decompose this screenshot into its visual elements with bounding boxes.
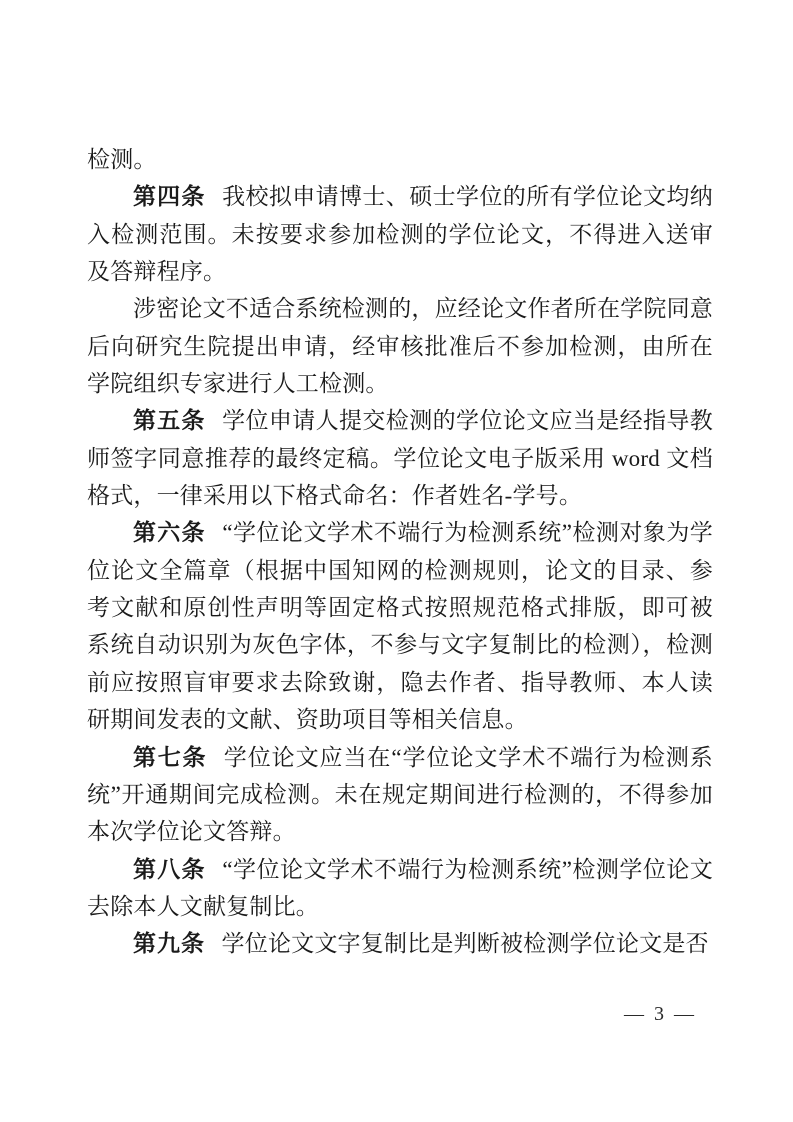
paragraph-text: 检测。 <box>87 147 157 172</box>
paragraph-text: “学位论文学术不端行为检测系统”检测对象为学位论文全篇章（根据中国知网的检测规则… <box>87 520 713 732</box>
article-label: 第五条 <box>133 407 206 433</box>
document-body: 检测。 第四条我校拟申请博士、硕士学位的所有学位论文均纳入检测范围。未按要求参加… <box>87 141 713 963</box>
paragraph: 第九条学位论文文字复制比是判断被检测学位论文是否 <box>87 925 713 962</box>
paragraph: 涉密论文不适合系统检测的，应经论文作者所在学院同意后向研究生院提出申请，经审核批… <box>87 290 713 402</box>
paragraph: 第五条学位申请人提交检测的学位论文应当是经指导教师签字同意推荐的最终定稿。学位论… <box>87 402 713 514</box>
paragraph: 第七条学位论文应当在“学位论文学术不端行为检测系统”开通期间完成检测。未在规定期… <box>87 739 713 851</box>
paragraph: 第六条“学位论文学术不端行为检测系统”检测对象为学位论文全篇章（根据中国知网的检… <box>87 514 713 738</box>
article-label: 第六条 <box>133 519 206 545</box>
article-label: 第八条 <box>133 856 206 882</box>
paragraph: 第八条“学位论文学术不端行为检测系统”检测学位论文去除本人文献复制比。 <box>87 851 713 926</box>
article-label: 第四条 <box>133 183 206 209</box>
article-label: 第七条 <box>133 744 207 770</box>
paragraph: 第四条我校拟申请博士、硕士学位的所有学位论文均纳入检测范围。未按要求参加检测的学… <box>87 178 713 290</box>
article-label: 第九条 <box>133 930 205 956</box>
page-number: — 3 — <box>624 1002 694 1026</box>
paragraph: 检测。 <box>87 141 713 178</box>
document-page: 检测。 第四条我校拟申请博士、硕士学位的所有学位论文均纳入检测范围。未按要求参加… <box>0 0 793 1122</box>
paragraph-text: 学位论文文字复制比是判断被检测学位论文是否 <box>222 931 709 956</box>
paragraph-text: 涉密论文不适合系统检测的，应经论文作者所在学院同意后向研究生院提出申请，经审核批… <box>87 296 713 396</box>
